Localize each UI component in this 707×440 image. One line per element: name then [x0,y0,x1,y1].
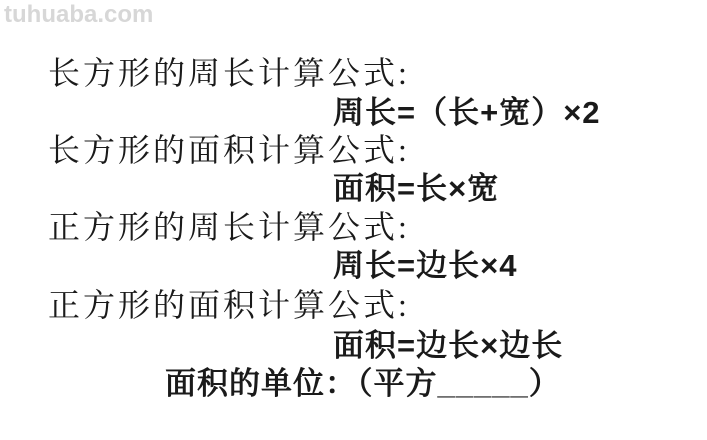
watermark-logo: tuhuaba.com [4,1,153,29]
slide-page: tuhuaba.com 长方形的周长计算公式: 周长=（长+宽）×2 长方形的面… [0,0,707,440]
area-unit-note: 面积的单位：（平方_____） [0,358,707,403]
formula-square-perimeter: 周长=边长×4 [0,240,707,285]
